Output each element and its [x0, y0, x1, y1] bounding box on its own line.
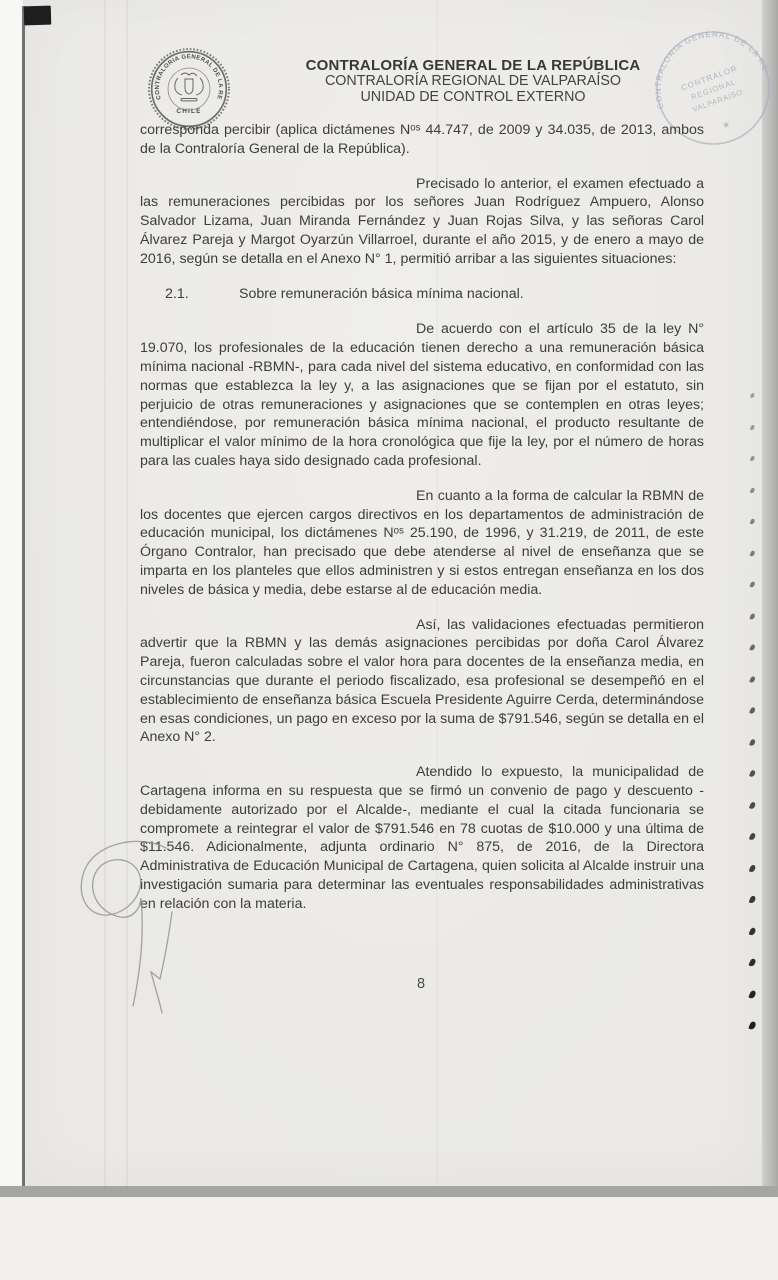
page-number: 8 [404, 976, 438, 992]
paragraph: Atendido lo expuesto, la municipalidad d… [140, 763, 704, 913]
letterhead-line1: CONTRALORÍA GENERAL DE LA REPÚBLICA [283, 58, 663, 74]
paragraph: Así, las validaciones efectuadas permiti… [140, 616, 704, 748]
section-title: Sobre remuneración básica mínima naciona… [239, 286, 524, 302]
binder-clip-mark [24, 6, 51, 26]
stamp-star-icon: ★ [721, 119, 732, 131]
paragraph: En cuanto a la forma de calcular la RBMN… [140, 487, 704, 600]
section-number: 2.1. [165, 285, 239, 304]
paragraph: corresponda percibir (aplica dictámenes … [140, 121, 704, 159]
paragraph: Precisado lo anterior, el examen efectua… [140, 175, 704, 269]
seal-banner-text: CHILE [176, 108, 201, 115]
scanned-document: CONTRALORIA GENERAL DE LA REPUBLICA CHIL… [0, 0, 778, 1280]
document-body: corresponda percibir (aplica dictámenes … [140, 121, 704, 929]
section-heading: 2.1.Sobre remuneración básica mínima nac… [140, 285, 704, 304]
fold-crease [126, 0, 128, 1186]
scan-left-margin [0, 0, 23, 1190]
scan-background [0, 1197, 778, 1280]
scan-right-edge [762, 0, 778, 1280]
paragraph: De acuerdo con el artículo 35 de la ley … [140, 320, 704, 470]
fold-crease [104, 0, 106, 1186]
scan-bottom-edge [0, 1186, 778, 1197]
letterhead: CONTRALORÍA GENERAL DE LA REPÚBLICA CONT… [283, 58, 663, 105]
institution-seal-icon: CONTRALORIA GENERAL DE LA REPUBLICA CHIL… [145, 45, 233, 133]
page-edge-shadow [22, 6, 25, 1186]
letterhead-line3: UNIDAD DE CONTROL EXTERNO [283, 90, 663, 106]
letterhead-line2: CONTRALORÍA REGIONAL DE VALPARAÍSO [283, 74, 663, 90]
coat-of-arms-icon [175, 73, 203, 101]
